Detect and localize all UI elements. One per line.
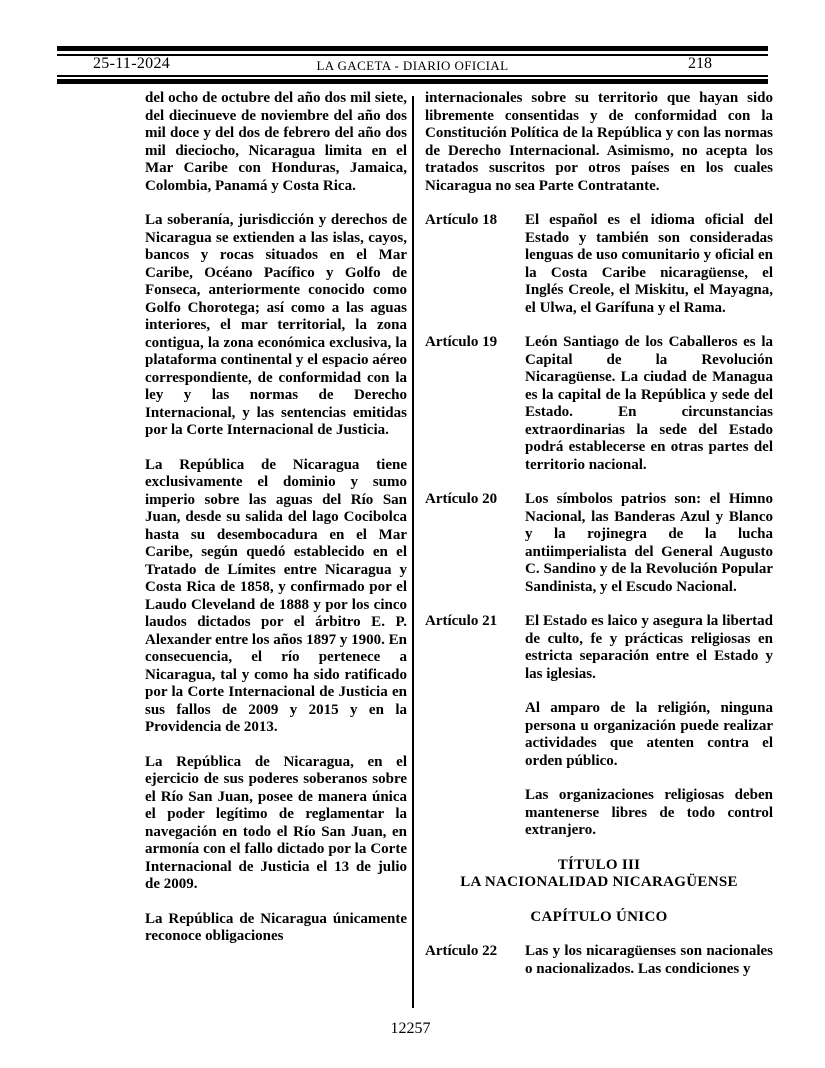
article-body: Las y los nicaragüenses son nacionales o…	[525, 943, 773, 978]
chapter-heading: CAPÍTULO ÚNICO	[425, 909, 773, 927]
paragraph: Los símbolos patrios son: el Himno Nacio…	[525, 491, 773, 596]
title-iii-heading: TÍTULO III LA NACIONALIDAD NICARAGÜENSE	[425, 857, 773, 892]
article-18: Artículo 18 El español es el idioma ofic…	[425, 212, 773, 317]
paragraph: La República de Nicaragua únicamente rec…	[145, 911, 407, 946]
column-divider	[412, 96, 414, 1008]
gazette-page: 25-11-2024 LA GACETA - DIARIO OFICIAL 21…	[0, 0, 825, 1068]
header-title: LA GACETA - DIARIO OFICIAL	[57, 58, 768, 74]
footer-page-number: 12257	[0, 1020, 821, 1038]
header: 25-11-2024 LA GACETA - DIARIO OFICIAL 21…	[57, 55, 768, 75]
paragraph: La República de Nicaragua, en el ejercic…	[145, 754, 407, 894]
article-label: Artículo 20	[425, 491, 525, 596]
header-page-number: 218	[688, 55, 712, 73]
paragraph: La República de Nicaragua tiene exclusiv…	[145, 457, 407, 737]
article-label: Artículo 19	[425, 334, 525, 474]
paragraph: Al amparo de la religión, ninguna person…	[525, 700, 773, 770]
article-label: Artículo 22	[425, 943, 525, 978]
article-body: León Santiago de los Caballeros es la Ca…	[525, 334, 773, 474]
article-body: Los símbolos patrios son: el Himno Nacio…	[525, 491, 773, 596]
article-19: Artículo 19 León Santiago de los Caballe…	[425, 334, 773, 474]
title-heading-line1: TÍTULO III	[425, 857, 773, 875]
paragraph: Las y los nicaragüenses son nacionales o…	[525, 943, 773, 978]
paragraph: internacionales sobre su territorio que …	[425, 90, 773, 195]
article-20: Artículo 20 Los símbolos patrios son: el…	[425, 491, 773, 596]
article-body: El español es el idioma oficial del Esta…	[525, 212, 773, 317]
paragraph: Las organizaciones religiosas deben mant…	[525, 787, 773, 840]
header-rule-bottom	[57, 75, 768, 84]
left-column: del ocho de octubre del año dos mil siet…	[145, 90, 407, 946]
title-heading-line2: LA NACIONALIDAD NICARAGÜENSE	[425, 874, 773, 892]
paragraph: León Santiago de los Caballeros es la Ca…	[525, 334, 773, 474]
paragraph: del ocho de octubre del año dos mil siet…	[145, 90, 407, 195]
article-body: El Estado es laico y asegura la libertad…	[525, 613, 773, 840]
article-label: Artículo 18	[425, 212, 525, 317]
article-label: Artículo 21	[425, 613, 525, 840]
paragraph: La soberanía, jurisdicción y derechos de…	[145, 212, 407, 440]
paragraph: El Estado es laico y asegura la libertad…	[525, 613, 773, 683]
right-column: internacionales sobre su territorio que …	[425, 90, 773, 995]
article-22: Artículo 22 Las y los nicaragüenses son …	[425, 943, 773, 978]
paragraph: El español es el idioma oficial del Esta…	[525, 212, 773, 317]
article-21: Artículo 21 El Estado es laico y asegura…	[425, 613, 773, 840]
